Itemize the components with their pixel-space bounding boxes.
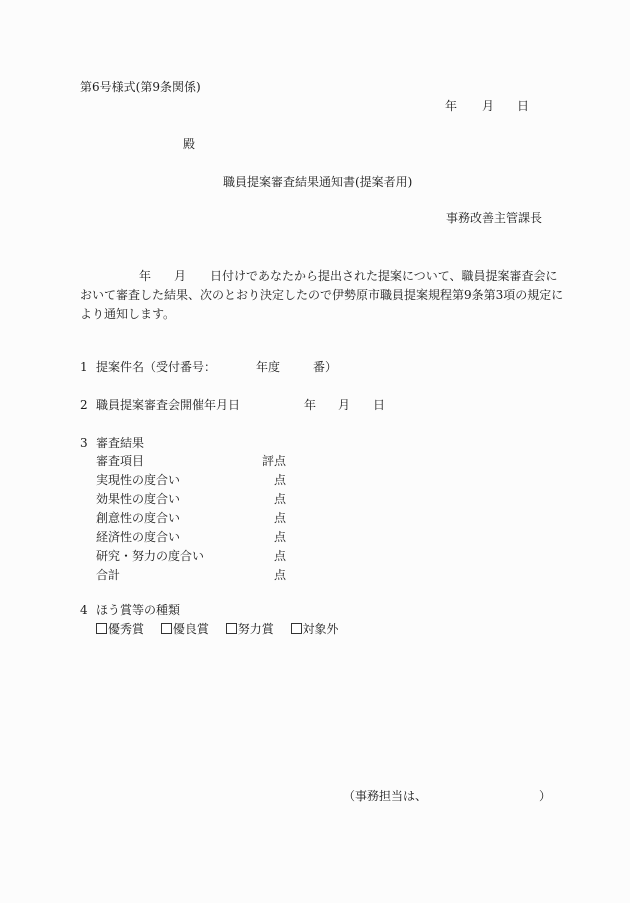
review-item: 研究・努力の度合い (96, 550, 204, 562)
item-label: 審査結果 (96, 436, 144, 450)
number-suffix: 番） (313, 360, 337, 374)
review-score: 点 (274, 474, 286, 486)
award-option-not-applicable[interactable]: 対象外 (291, 623, 339, 635)
review-score: 点 (274, 550, 286, 562)
award-options: 優秀賞 優良賞 努力賞 対象外 (96, 623, 352, 635)
review-row: 効果性の度合い 点 (96, 493, 286, 512)
checkbox-icon[interactable] (291, 623, 302, 634)
item-label: 提案件名（受付番号： (96, 360, 216, 374)
body-line-3: より通知します。 (80, 305, 555, 324)
item-number: 3 (80, 437, 96, 449)
review-results-table: 審査項目 評点 実現性の度合い 点 効果性の度合い 点 創意性の度合い 点 経済… (96, 455, 286, 588)
addressee-honorific: 殿 (183, 138, 195, 150)
review-total-row: 合計 点 (96, 569, 286, 588)
review-row: 研究・努力の度合い 点 (96, 550, 286, 569)
document-title: 職員提案審査結果通知書(提案者用) (223, 176, 412, 188)
item-label: 職員提案審査会開催年月日 (96, 398, 240, 412)
review-item: 実現性の度合い (96, 474, 180, 486)
item-number: 2 (80, 399, 96, 411)
item-review-meeting-date: 2職員提案審査会開催年月日年月日 (80, 399, 385, 411)
award-label: 対象外 (303, 622, 339, 636)
issuer-title: 事務改善主管課長 (446, 212, 542, 224)
checkbox-icon[interactable] (226, 623, 237, 634)
contact-person: （事務担当は、） (343, 790, 551, 802)
review-score: 点 (274, 493, 286, 505)
review-item: 創意性の度合い (96, 512, 180, 524)
award-label: 努力賞 (238, 622, 274, 636)
item-review-results: 3審査結果 (80, 437, 144, 449)
body-year: 年 (139, 267, 174, 286)
item-label: ほう賞等の種類 (96, 603, 180, 617)
header-score: 評点 (262, 455, 286, 467)
review-score: 点 (274, 569, 286, 581)
review-item: 経済性の度合い (96, 531, 180, 543)
contact-suffix: ） (539, 789, 551, 803)
meeting-month: 月 (338, 399, 373, 411)
body-line-1: 年月日付けであなたから提出された提案について、職員提案審査会に (80, 267, 555, 286)
date-day-label: 日 (517, 100, 529, 112)
item-award-type: 4ほう賞等の種類 (80, 604, 180, 616)
date-year-label: 年 (445, 100, 482, 112)
award-label: 優秀賞 (108, 622, 144, 636)
review-header-row: 審査項目 評点 (96, 455, 286, 474)
header-review-item: 審査項目 (96, 455, 144, 467)
item-number: 1 (80, 361, 96, 373)
review-item: 合計 (96, 569, 120, 581)
award-option-excellent[interactable]: 優秀賞 (96, 623, 144, 635)
award-label: 優良賞 (173, 622, 209, 636)
review-item: 効果性の度合い (96, 493, 180, 505)
review-score: 点 (274, 512, 286, 524)
body-line-2: おいて審査した結果、次のとおり決定したので伊勢原市職員提案規程第9条第3項の規定… (80, 286, 555, 305)
body-line-1-text: 日付けであなたから提出された提案について、職員提案審査会に (210, 269, 558, 283)
review-row: 創意性の度合い 点 (96, 512, 286, 531)
date-month-label: 月 (482, 100, 517, 112)
meeting-year: 年 (304, 399, 338, 411)
review-row: 実現性の度合い 点 (96, 474, 286, 493)
contact-prefix: （事務担当は、 (343, 789, 427, 803)
form-number: 第6号様式(第9条関係) (80, 81, 201, 93)
issue-date: 年月日 (445, 100, 529, 112)
award-option-effort[interactable]: 努力賞 (226, 623, 274, 635)
review-row: 経済性の度合い 点 (96, 531, 286, 550)
item-number: 4 (80, 604, 96, 616)
notification-body: 年月日付けであなたから提出された提案について、職員提案審査会に おいて審査した結… (80, 267, 555, 324)
award-option-good[interactable]: 優良賞 (161, 623, 209, 635)
item-proposal-name: 1提案件名（受付番号：年度番） (80, 361, 337, 373)
checkbox-icon[interactable] (96, 623, 107, 634)
review-score: 点 (274, 531, 286, 543)
fiscal-year-label: 年度 (256, 360, 280, 374)
meeting-day: 日 (373, 398, 385, 412)
body-month: 月 (174, 267, 210, 286)
checkbox-icon[interactable] (161, 623, 172, 634)
